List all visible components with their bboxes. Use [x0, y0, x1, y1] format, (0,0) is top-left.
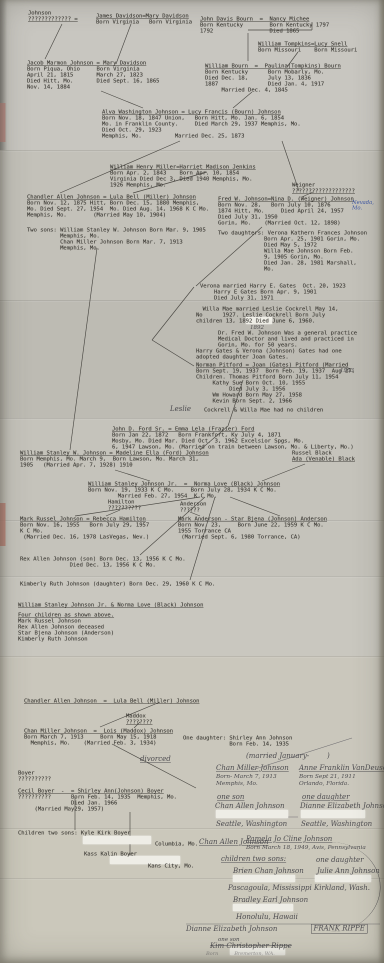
- text-line: 1905 (Married Apr. 7, 1928) 1910: [20, 462, 209, 468]
- text-line: Memphis, Mo.: [216, 780, 289, 787]
- text-line: children 13, 1892 Died June 6, 1960.: [196, 318, 338, 324]
- handwritten-note: Bradley Earl Johnson: [233, 896, 308, 905]
- fold-crease: [0, 418, 384, 420]
- handwritten-note: Dianne Elizabeth Johnson: [186, 925, 277, 934]
- typed-text-block: Fred W. Johnson=Nina D. (Weigner) Johnso…: [218, 196, 354, 226]
- typed-text-block: Two sons: William Stanley W. Johnson Bor…: [27, 227, 206, 251]
- handwritten-note: Dianne Elizabeth Johnson: [300, 802, 384, 811]
- handwritten-note: Pascagoula, Mississippi: [228, 884, 312, 893]
- typed-text-block: Kans City, Mo.: [148, 863, 194, 869]
- connector-line: [233, 92, 252, 108]
- whiteout-correction-mark: [233, 904, 293, 911]
- text-line: children two sons:: [221, 855, 286, 864]
- fold-crease: [0, 300, 384, 302]
- handwritten-note: Kim Christopher Rippe: [210, 942, 292, 951]
- paper-edge-shadow: [0, 0, 7, 150]
- connector-line: [230, 497, 280, 516]
- typed-text-block: Rex Allen Johnson (son) Born Dec. 13, 19…: [20, 556, 186, 568]
- typed-text-block: Born Apr. 25, 1901 Gorin, Mo.Died May 5,…: [264, 236, 360, 272]
- text-line: Mo.: [264, 266, 360, 272]
- connector-line: [70, 248, 97, 450]
- text-line: Mo.: [352, 206, 374, 212]
- text-line: 1926 Memphis, Mo.: [110, 182, 256, 188]
- typed-text-block: Chandler Allen Johnson = Lula Bell (Mill…: [24, 698, 200, 704]
- text-line: Bradley Earl Johnson: [233, 896, 308, 905]
- text-line: Memphis, Mo. Married Dec. 25, 1873: [102, 133, 301, 139]
- handwritten-note: Pamela Jo Cline JohnsonBorn March 18, 19…: [246, 835, 366, 851]
- typed-text-block: Chandler Allen Johnson = Lula Bell (Mill…: [27, 194, 209, 218]
- text-line: (Married May29, 1957): [18, 806, 177, 812]
- text-line: one son: [217, 793, 244, 802]
- typed-text-block: John Davis Bourn = Nancy MicheeBorn Kent…: [200, 16, 329, 34]
- typed-text-block: James Davidson=Mary DavidsonBorn Virgini…: [96, 13, 192, 25]
- typed-text-block: Kass Kalin Boyer: [84, 851, 137, 857]
- handwritten-note: one daughter: [302, 793, 350, 802]
- text-line: (Married Sept. 6, 1980 Torrance, CA): [178, 534, 327, 540]
- text-line: Chandler Allen Johnson = Lula Bell (Mill…: [24, 698, 200, 704]
- text-line: 1953: [340, 367, 354, 374]
- text-line: Seattle, Washington: [301, 820, 372, 829]
- handwritten-note: Seattle, Washington: [216, 820, 287, 829]
- handwritten-note: Anne Franklin VanDeusenBorn Sept 21, 191…: [299, 764, 384, 787]
- text-line: Ada (Venable) Black: [292, 456, 355, 462]
- text-line: ???????????????????: [292, 188, 355, 194]
- handwritten-note: Honolulu, Hawaii: [236, 913, 298, 922]
- handwritten-note: FRANK RIPPE: [311, 924, 367, 934]
- text-line: Born Sept 21, 1911: [299, 773, 384, 780]
- paper-edge-tint: [0, 503, 6, 546]
- typed-text-block: Jacob Marmon Johnson = Mary DavidsonBorn…: [27, 60, 159, 90]
- text-line: ????????????? =: [28, 16, 78, 22]
- text-line: Seattle, Washington: [216, 820, 287, 829]
- typed-text-block: Anderson??????: [180, 501, 206, 513]
- text-line: Honolulu, Hawaii: [236, 913, 298, 922]
- whiteout-correction-mark: [233, 875, 295, 882]
- text-line: Orlando, Florida.: [299, 780, 384, 787]
- handwritten-note: Leslie: [170, 405, 191, 414]
- typed-text-block: Johnson????????????? =: [28, 10, 78, 22]
- paper-edge-shadow: [378, 0, 384, 963]
- text-line: Born Missouri Born Missouri: [258, 47, 357, 53]
- text-line: Kans City, Mo.: [148, 863, 194, 869]
- text-line: Gorin, Mo. (Married Oct. 12, 1898): [218, 220, 354, 226]
- text-line: Born Bremerton, WA.: [206, 951, 275, 957]
- connector-line: [115, 470, 150, 481]
- text-line: Born March 18, 1949, Avis, Pennsylvania: [246, 844, 366, 851]
- fold-crease: [0, 576, 384, 578]
- connector-line: [262, 464, 305, 481]
- connector-line: [101, 91, 143, 108]
- text-line: Kim Christopher Rippe: [210, 942, 292, 951]
- handwritten-note: Brien Chan Johnson: [233, 867, 304, 876]
- whiteout-correction-mark: [301, 810, 365, 818]
- typed-text-block: Boyer??????????: [18, 770, 51, 782]
- text-line: FRANK RIPPE: [314, 925, 365, 934]
- text-line: Kirkland, Wash.: [314, 884, 370, 893]
- handwritten-note: Born Bremerton, WA.: [206, 951, 275, 957]
- text-line: Kimberly Ruth Johnson: [18, 636, 114, 642]
- typed-text-block: Hamilton??????????: [108, 499, 141, 511]
- handwritten-note: Kirkland, Wash.: [314, 884, 370, 893]
- handwritten-note: one son: [217, 793, 244, 802]
- typed-text-block: One daughter: Shirley Ann Johnson Born F…: [183, 735, 292, 747]
- typed-text-block: Cecil Boyer - = Shirley Ann(Johnson) Boy…: [18, 788, 177, 812]
- typed-text-block: Children two sons: Kyle Kirk Boyer: [18, 830, 131, 836]
- whiteout-correction-mark: [216, 810, 288, 818]
- paper-edge-tint: [0, 103, 6, 142]
- handwritten-note: divorced: [140, 755, 171, 764]
- text-line: ??????????: [18, 776, 51, 782]
- handwritten-note: Julie Ann Johnson: [317, 867, 380, 876]
- typed-text-block: Mark Russel Johnson = Rebecca HamiltonBo…: [20, 516, 149, 540]
- text-line: Anne Franklin VanDeusen: [299, 764, 384, 773]
- text-line: Brien Chan Johnson: [233, 867, 304, 876]
- typed-text-block: Dr. Fred W. Johnson Was a general practi…: [218, 330, 357, 348]
- typed-text-block: Alva Washington Johnson = Lucy Francis (…: [102, 109, 301, 139]
- connector-line: [116, 24, 131, 64]
- text-line: Chan Allen Johnson: [215, 802, 285, 811]
- text-line: Pamela Jo Cline Johnson: [246, 835, 366, 844]
- typed-text-block: Willa Mae married Leslie Cockrell May 14…: [196, 306, 338, 324]
- handwritten-note: Seattle, Washington: [301, 820, 372, 829]
- text-line: one daughter: [316, 856, 364, 865]
- text-line: Died July 31, 1971: [214, 295, 317, 301]
- connector-line: [152, 340, 194, 366]
- text-line: adopted daughter Joan Gates.: [196, 354, 342, 360]
- text-line: ??????: [180, 507, 206, 513]
- scanned-genealogy-document: Johnson????????????? =James Davidson=Mar…: [0, 0, 384, 963]
- text-line: divorced: [140, 755, 171, 764]
- text-line: (Married Dec. 16, 1978 LasVegas, Nev.): [20, 534, 149, 540]
- connector-line: [45, 24, 62, 59]
- text-line: Cockrell & Willa Mae had no children: [204, 407, 323, 413]
- typed-text-block: William Stanley Johnson Jr. = Norma Love…: [88, 481, 280, 499]
- text-line: (married January- ): [246, 752, 330, 761]
- text-line: Chan Miller Johnson: [216, 764, 289, 773]
- fold-crease: [0, 656, 384, 658]
- typed-text-block: Maddox????????: [126, 713, 152, 725]
- text-line: Children two sons: Kyle Kirk Boyer: [18, 830, 131, 836]
- text-line: Died Dec. 13, 1956 K C Mo.: [20, 562, 186, 568]
- handwritten-note: one daughter: [316, 856, 364, 865]
- typed-text-block: William Tompkins=Lucy SnellBorn Missouri…: [258, 41, 357, 53]
- typed-text-block: Chan Miller Johnson = Lois (Maddox) John…: [24, 728, 173, 746]
- whiteout-correction-mark: [83, 836, 151, 844]
- typed-text-block: John D. Ford Sr. = Emma Lela (Frazier) F…: [112, 426, 354, 450]
- text-line: Nov. 14, 1884: [27, 84, 159, 90]
- text-line: ??????????: [108, 505, 141, 511]
- connector-line: [112, 744, 196, 788]
- typed-text-block: Harry Gates & Verona (Johnson) Gates had…: [196, 348, 342, 360]
- text-line: Julie Ann Johnson: [317, 867, 380, 876]
- text-line: Born Virginia Born Virginia: [96, 19, 192, 25]
- text-line: Dianne Elizabeth Johnson: [300, 802, 384, 811]
- text-line: Pascagoula, Mississippi: [228, 884, 312, 893]
- text-line: Died Jan. 28, 1981 Marshall,: [264, 260, 360, 266]
- handwritten-note: Nevada,Mo.: [352, 200, 374, 211]
- text-line: 1792 Died 1865: [200, 28, 329, 34]
- handwritten-note: 1953: [340, 367, 354, 374]
- text-line: Columbia, Mo.: [155, 841, 198, 847]
- typed-text-block: Columbia, Mo.: [155, 841, 198, 847]
- text-line: Kass Kalin Boyer: [84, 851, 137, 857]
- text-line: ????????: [126, 719, 152, 725]
- typed-text-block: Mark Anderson - Star Bjena (Johnson) And…: [178, 516, 327, 540]
- text-line: Kevin Born Sept. 2, 1966: [196, 398, 355, 404]
- whiteout-correction-mark: [315, 875, 371, 882]
- connector-line: [152, 287, 194, 340]
- text-line: Memphis, Mo. (Married Feb. 3, 1934): [24, 740, 173, 746]
- text-line: Leslie: [170, 405, 191, 414]
- text-line: Dianne Elizabeth Johnson: [186, 925, 277, 934]
- document-page: Johnson????????????? =James Davidson=Mar…: [0, 0, 384, 963]
- handwritten-note: children two sons:: [221, 855, 286, 864]
- typed-text-block: Cockrell & Willa Mae had no children: [204, 407, 323, 413]
- text-line: Memphis, Mo. (Married May 10, 1904): [27, 212, 209, 218]
- typed-text-block: William Henry Miller=Harriet Madison Jen…: [110, 164, 256, 188]
- handwritten-note: Chan Miller JohnsonBorn- March 7, 1913Me…: [216, 764, 289, 787]
- typed-text-block: Weigner???????????????????: [292, 182, 355, 194]
- text-line: Married Dec. 4, 1845: [205, 87, 341, 93]
- text-line: Born Feb. 14, 1935: [183, 741, 292, 747]
- typed-text-block: William Stanley W. Johnson = Madeline El…: [20, 450, 209, 468]
- text-line: Born- March 7, 1913: [216, 773, 289, 780]
- text-line: one daughter: [302, 793, 350, 802]
- fold-crease: [0, 150, 384, 152]
- typed-text-block: Russel BlackAda (Venable) Black: [292, 450, 355, 462]
- handwritten-note: (married January- ): [246, 752, 330, 761]
- text-line: William Stanley Johnson Jr. & Norma Love…: [18, 602, 203, 608]
- typed-text-block: William Stanley Johnson Jr. & Norma Love…: [18, 602, 203, 608]
- typed-text-block: Four children as shown above.Mark Russel…: [18, 612, 114, 642]
- typed-text-block: Norman Pitford = Joan (Gates) Pitford (M…: [196, 362, 355, 404]
- typed-text-block: Harry E Gates Born Apr. 9, 1901Died July…: [214, 289, 317, 301]
- typed-text-block: Kimberly Ruth Johnson (daughter) Born De…: [20, 581, 215, 587]
- handwritten-note: Chan Allen Johnson: [215, 802, 285, 811]
- text-line: Kimberly Ruth Johnson (daughter) Born De…: [20, 581, 215, 587]
- text-line: Memphis, Mo.: [27, 245, 206, 251]
- typed-text-block: William Bourn = Paulina(Tompkins) BournB…: [205, 63, 341, 93]
